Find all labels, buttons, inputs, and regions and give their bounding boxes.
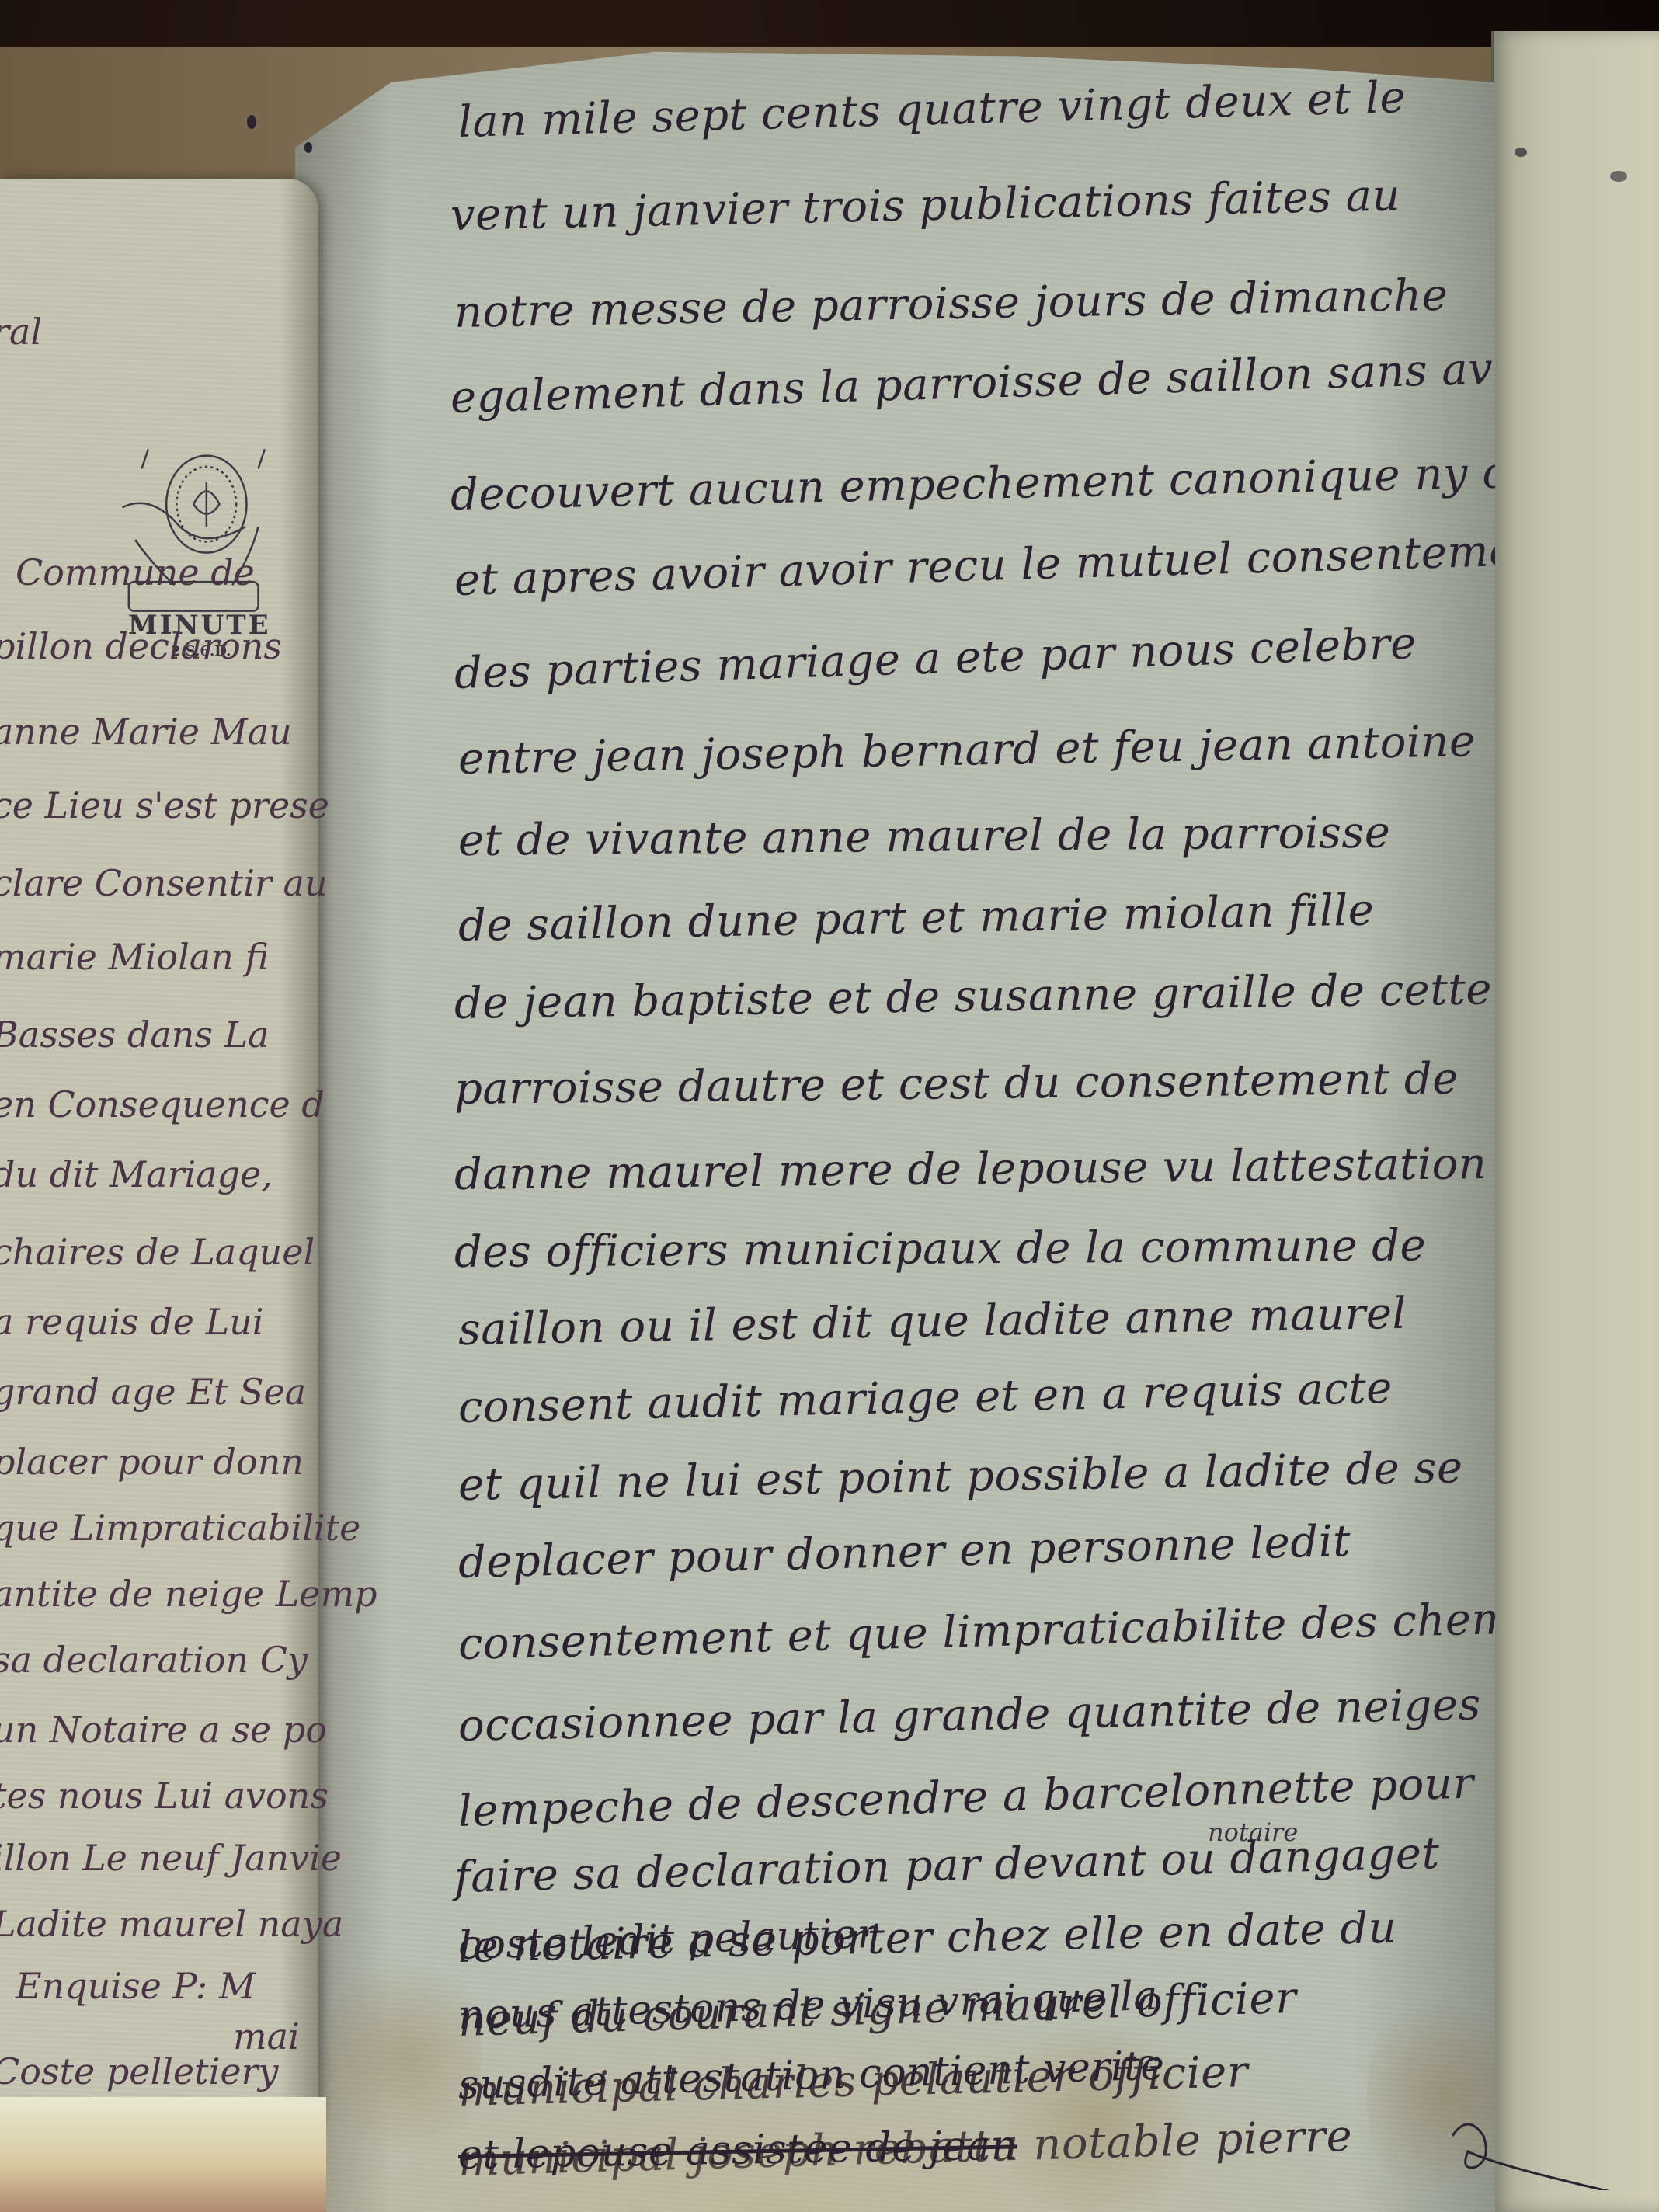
register-line: de jean baptiste et de susanne graille d… bbox=[454, 964, 1493, 1029]
register-line: decouvert aucun empechement canonique ny… bbox=[450, 447, 1575, 520]
register-line: et apres avoir avoir recu le mutuel cons… bbox=[454, 524, 1562, 606]
binding-thread-icon bbox=[1452, 2113, 1654, 2190]
left-page-underside bbox=[0, 2097, 326, 2212]
register-line: consentement et que limpraticabilite des… bbox=[457, 1592, 1579, 1670]
left-page-fragment: un Notaire a se po bbox=[0, 1709, 327, 1751]
ink-spot bbox=[1515, 148, 1527, 157]
left-page-fragment: clare Consentir au bbox=[0, 862, 328, 904]
register-line: vent un janvier trois publications faite… bbox=[450, 170, 1400, 241]
left-page-fragment: antite de neige Lemp bbox=[0, 1573, 377, 1615]
register-line: consent audit mariage et en a requis act… bbox=[457, 1363, 1393, 1433]
left-page-fragment: que Limpraticabilite bbox=[0, 1507, 360, 1549]
register-page-left: MINUTE 2.S.6.D. ral Commune de pillon de… bbox=[0, 179, 318, 2120]
left-page-fragment: illon Le neuf Janvie bbox=[0, 1837, 342, 1879]
register-line: faire sa declaration par devant ou danga… bbox=[454, 1828, 1440, 1903]
left-page-fragment: chaires de Laquel bbox=[0, 1231, 315, 1273]
register-line: des parties mariage a ete par nous celeb… bbox=[454, 618, 1417, 699]
left-page-fragment: ce Lieu s'est prese bbox=[0, 784, 329, 826]
left-page-fragment: en Consequence d bbox=[0, 1083, 325, 1125]
register-line-struck: et lepouse assistee de jean bbox=[457, 2122, 1017, 2179]
register-line: egalement dans la parroisse de saillon s… bbox=[450, 342, 1556, 423]
left-page-fragment: Ladite maurel naya bbox=[0, 1903, 343, 1945]
register-line: saillon ou il est dit que ladite anne ma… bbox=[457, 1289, 1407, 1355]
register-line: et de vivante anne maurel de la parroiss… bbox=[458, 808, 1391, 866]
left-page-fragment: tes nous Lui avons bbox=[0, 1775, 329, 1817]
photo-scene: lan mile sept cents quatre vingt deux et… bbox=[0, 0, 1659, 2212]
ink-spot bbox=[247, 115, 256, 129]
next-leaf bbox=[1491, 31, 1659, 2212]
register-line: parroisse dautre et cest du consentement… bbox=[454, 1053, 1459, 1115]
left-page-fragment: sa declaration Cy bbox=[0, 1639, 308, 1681]
register-line: des officiers municipaux de la commune d… bbox=[454, 1220, 1427, 1278]
tax-stamp-icon bbox=[78, 443, 303, 637]
left-page-fragment: Coste pelletiery bbox=[0, 2050, 279, 2092]
register-page-main: lan mile sept cents quatre vingt deux et… bbox=[295, 39, 1495, 2212]
left-page-fragment: Basses dans La bbox=[0, 1014, 270, 1056]
left-page-fragment: marie Miolan fi bbox=[0, 936, 269, 978]
left-page-fragment: du dit Mariage, bbox=[0, 1153, 273, 1195]
register-line: de saillon dune part et marie miolan fil… bbox=[457, 885, 1374, 951]
left-page-fragment: placer pour donn bbox=[0, 1441, 304, 1483]
left-page-fragment: ral bbox=[0, 311, 42, 353]
register-line: lempeche de descendre a barcelonnette po… bbox=[457, 1758, 1474, 1836]
register-line: entre jean joseph bernard et feu jean an… bbox=[457, 716, 1476, 784]
ink-spot bbox=[1610, 171, 1627, 182]
register-line: et quil ne lui est point possible a ladi… bbox=[457, 1442, 1463, 1511]
left-page-fragment: Commune de bbox=[16, 551, 255, 593]
left-page-fragment: Enquise P: M bbox=[16, 1965, 256, 2007]
left-page-fragment: grand age Et Sea bbox=[0, 1371, 306, 1413]
left-page-fragment: pillon declarons bbox=[0, 625, 282, 667]
register-line: occasionnee par la grande quantite de ne… bbox=[457, 1679, 1481, 1751]
register-line: danne maurel mere de lepouse vu lattesta… bbox=[454, 1139, 1487, 1200]
register-line: lan mile sept cents quatre vingt deux et… bbox=[457, 72, 1407, 148]
left-page-fragment: a requis de Lui bbox=[0, 1301, 263, 1343]
ink-spot bbox=[304, 142, 312, 153]
left-page-fragment: anne Marie Mau bbox=[0, 711, 292, 753]
register-line: deplacer pour donner en personne ledit bbox=[457, 1516, 1351, 1588]
register-line: notre messe de parroisse jours de dimanc… bbox=[454, 270, 1448, 338]
